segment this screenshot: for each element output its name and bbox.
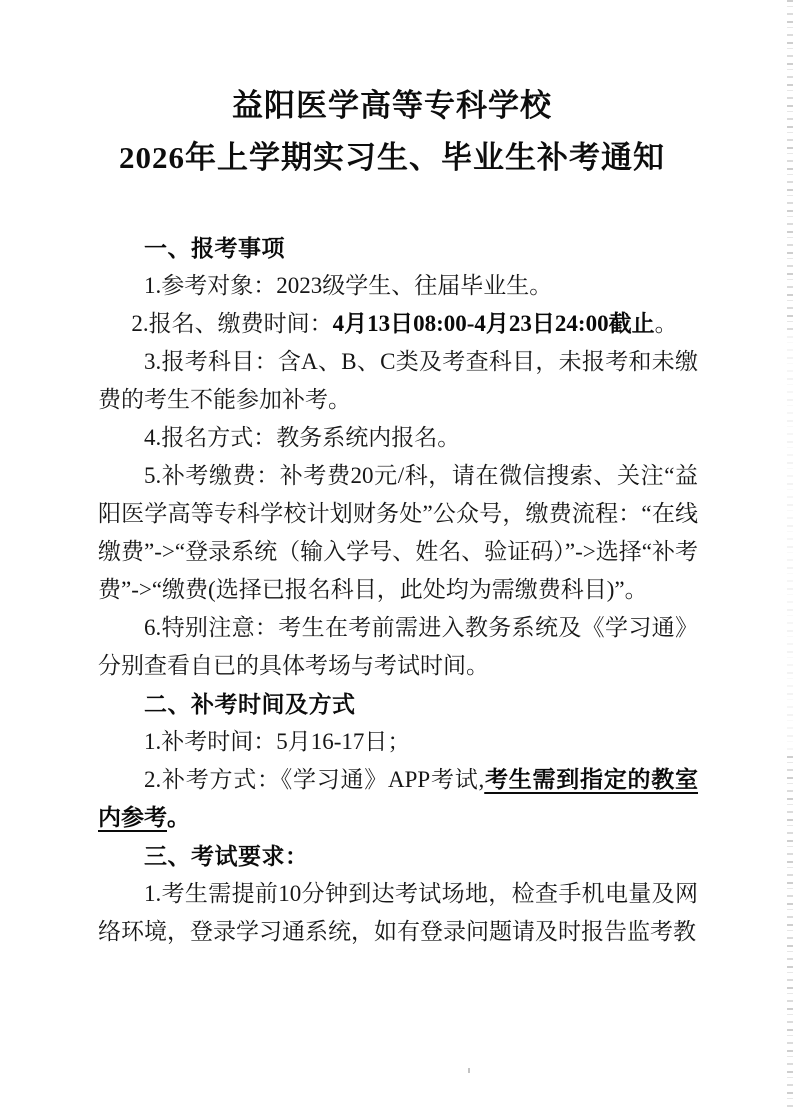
text-segment: 二、补考时间及方式 [144, 691, 356, 717]
section-1-item-2: 2.报名、缴费时间：4月13日08:00-4月23日24:00截止。 [98, 305, 698, 343]
text-segment: 3.报考科目：含A、B、C类及考查科目，未报考和未缴费的考生不能参加补考。 [98, 349, 698, 412]
text-segment: 。 [655, 311, 678, 336]
text-segment: 6.特别注意：考生在考前需进入教务系统及《学习通》分别查看自已的具体考场与考试时… [98, 615, 698, 678]
section-1-item-6: 6.特别注意：考生在考前需进入教务系统及《学习通》分别查看自已的具体考场与考试时… [98, 609, 698, 685]
text-segment: 4月13日08:00-4月23日24:00截止 [333, 311, 655, 336]
text-segment: 1.补考时间：5月16-17日； [144, 729, 410, 754]
section-2-item-1: 1.补考时间：5月16-17日； [98, 723, 698, 761]
document-body: 一、报考事项1.参考对象：2023级学生、往届毕业生。2.报名、缴费时间：4月1… [98, 229, 698, 951]
section-3-item-1: 1.考生需提前10分钟到达考试场地，检查手机电量及网络环境，登录学习通系统，如有… [98, 875, 698, 951]
text-segment: 5.补考缴费：补考费20元/科，请在微信搜索、关注“益阳医学高等专科学校计划财务… [98, 463, 698, 602]
section-2-heading: 二、补考时间及方式 [98, 685, 698, 723]
section-3-heading: 三、考试要求： [98, 837, 698, 875]
section-1-item-5: 5.补考缴费：补考费20元/科，请在微信搜索、关注“益阳医学高等专科学校计划财务… [98, 457, 698, 609]
section-1-item-3: 3.报考科目：含A、B、C类及考查科目，未报考和未缴费的考生不能参加补考。 [98, 343, 698, 419]
section-1-item-4: 4.报名方式：教务系统内报名。 [98, 419, 698, 457]
text-segment: 4.报名方式：教务系统内报名。 [144, 425, 460, 450]
section-2-item-2: 2.补考方式：《学习通》APP考试,考生需到指定的教室内参考。 [98, 761, 698, 837]
text-segment: 2.报名、缴费时间： [131, 311, 332, 336]
document-title-notice: 2026年上学期实习生、毕业生补考通知 [0, 140, 784, 176]
text-segment: 1.参考对象：2023级学生、往届毕业生。 [144, 273, 552, 298]
toner-speck [468, 1068, 470, 1073]
text-segment: 。 [167, 805, 190, 830]
text-segment: 1.考生需提前10分钟到达考试场地，检查手机电量及网络环境，登录学习通系统，如有… [98, 881, 698, 944]
text-segment: 一、报考事项 [144, 235, 285, 261]
section-1-item-1: 1.参考对象：2023级学生、往届毕业生。 [98, 267, 698, 305]
text-segment: 三、考试要求： [144, 843, 309, 869]
scanned-document-page: 益阳医学高等专科学校 2026年上学期实习生、毕业生补考通知 一、报考事项1.参… [0, 0, 794, 1108]
document-title-school: 益阳医学高等专科学校 [0, 88, 784, 124]
text-segment: 2.补考方式：《学习通》APP考试, [144, 767, 484, 792]
scanner-edge-fade [786, 330, 794, 750]
section-1-heading: 一、报考事项 [98, 229, 698, 267]
